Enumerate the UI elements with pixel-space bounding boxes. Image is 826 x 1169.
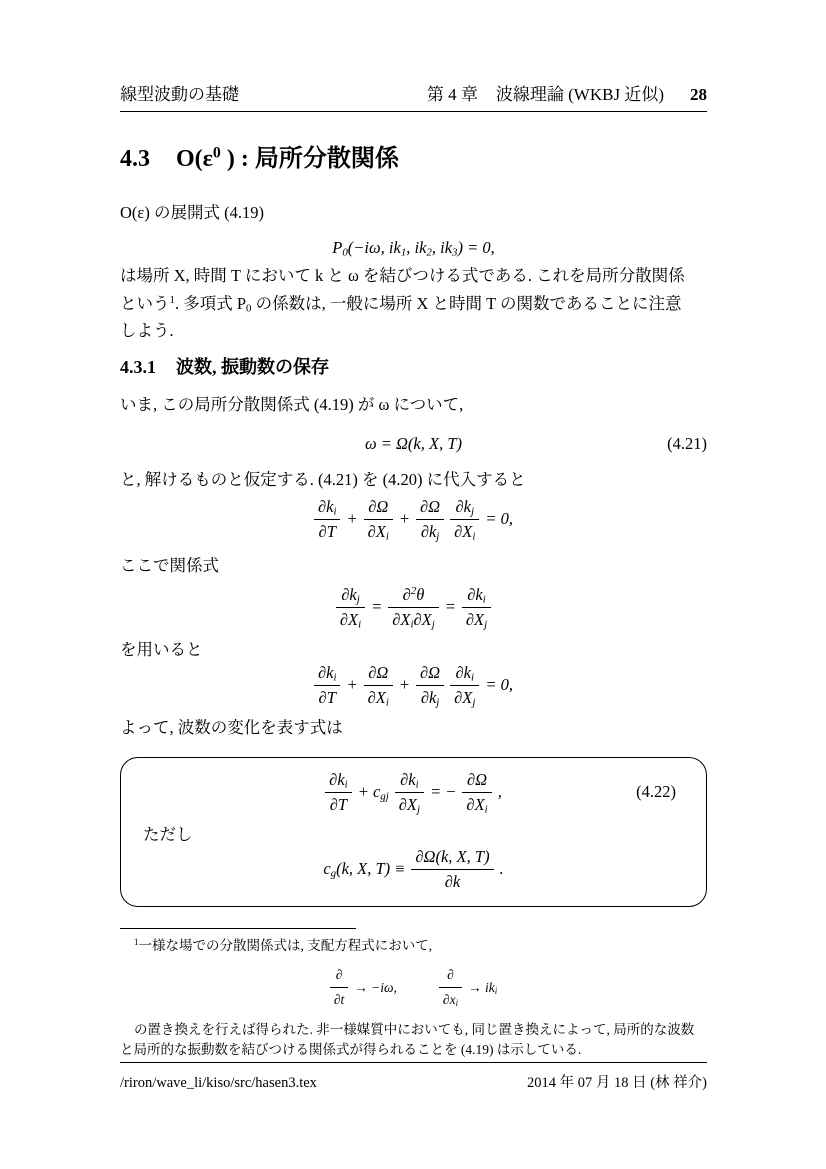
operator: + cgj: [358, 782, 389, 802]
punctuation: .: [500, 859, 504, 879]
fraction: ∂Ω∂kj: [416, 497, 444, 542]
fraction-numerator: ∂Ω: [364, 497, 393, 520]
fraction: ∂2θ∂Xi∂Xj: [388, 585, 439, 630]
section-title: O(ε0 ) : 局所分散関係: [176, 146, 399, 172]
fraction: ∂ki∂Xj: [395, 770, 424, 815]
paragraph-intro: O(ε) の展開式 (4.19): [120, 201, 707, 224]
fraction-denominator: ∂Xj: [462, 608, 491, 630]
fraction-denominator: ∂xi: [439, 988, 462, 1010]
equation-421-body: ω = Ω(k, X, T): [365, 434, 462, 454]
equation-wavenumber-c: ∂ki∂T + ∂Ω∂Xi + ∂Ω∂kj ∂ki∂Xj = 0,: [120, 663, 707, 708]
operator: +: [346, 675, 357, 695]
fraction-denominator: ∂Xi: [450, 520, 479, 542]
equation-number-422: (4.22): [636, 782, 676, 802]
tadashi-label: ただし: [143, 821, 690, 845]
fraction-numerator: ∂2θ: [388, 585, 439, 608]
operator: +: [399, 509, 410, 529]
fraction-numerator: ∂Ω: [462, 770, 491, 793]
operator: =: [445, 597, 456, 617]
equation-wavenumber-a: ∂ki∂T + ∂Ω∂Xi + ∂Ω∂kj ∂kj∂Xi = 0,: [120, 497, 707, 542]
footnote-line: と局所的な振動数を結びつける関係式が得られることを (4.19) は示している.: [120, 1040, 707, 1060]
fraction-numerator: ∂Ω(k, X, T): [411, 847, 493, 870]
page-content: 線型波動の基礎 第 4 章 波線理論 (WKBJ 近似) 28 4.3O(ε0 …: [0, 0, 826, 907]
equation-number-421: (4.21): [667, 434, 707, 454]
page-number: 28: [690, 85, 707, 105]
equation-symmetry: ∂kj∂Xi = ∂2θ∂Xi∂Xj = ∂ki∂Xj: [120, 585, 707, 630]
subsection-number: 4.3.1: [120, 357, 156, 377]
running-head-right: 第 4 章 波線理論 (WKBJ 近似) 28: [427, 80, 707, 105]
equation-421-row: ω = Ω(k, X, T) (4.21): [120, 434, 707, 454]
chapter-label: 第 4 章: [427, 80, 478, 105]
equation-422-row: ∂ki∂T + cgj ∂ki∂Xj = − ∂Ω∂Xi , (4.22): [137, 770, 690, 815]
paragraph-therefore: よって, 波数の変化を表す式は: [120, 716, 707, 739]
equation-p0: P0(−iω, ik1, ik2, ik3) = 0,: [120, 238, 707, 258]
fraction-numerator: ∂ki: [314, 497, 341, 520]
fraction-denominator: ∂Xi: [336, 608, 365, 630]
operator: =: [371, 597, 382, 617]
paragraph-ima: いま, この局所分散関係式 (4.19) が ω について,: [120, 393, 707, 416]
fraction: ∂Ω∂kj: [416, 663, 444, 708]
section-number: 4.3: [120, 146, 150, 172]
arrow-expression: → iki: [468, 978, 497, 998]
fraction-numerator: ∂ki: [314, 663, 341, 686]
fraction-numerator: ∂Ω: [416, 497, 444, 520]
fraction: ∂∂t: [330, 965, 348, 1010]
fraction-numerator: ∂ki: [450, 663, 479, 686]
footnote: 1一様な場での分散関係式は, 支配方程式において, ∂∂t → −iω, ∂∂x…: [120, 928, 707, 1060]
subsection-heading: 4.3.1波数, 振動数の保存: [120, 355, 707, 379]
operator: +: [399, 675, 410, 695]
fraction-numerator: ∂kj: [336, 585, 365, 608]
fraction-numerator: ∂ki: [325, 770, 352, 793]
equation-p0-body: P0(−iω, ik1, ik2, ik3) = 0,: [332, 238, 494, 258]
fraction-denominator: ∂Xi: [462, 793, 491, 815]
operator: +: [346, 509, 357, 529]
fraction-denominator: ∂Xi: [364, 686, 393, 708]
paragraph-substitute: と, 解けるものと仮定する. (4.21) を (4.20) に代入すると: [120, 468, 707, 491]
document-page: 線型波動の基礎 第 4 章 波線理論 (WKBJ 近似) 28 4.3O(ε0 …: [0, 0, 826, 1169]
fraction-numerator: ∂Ω: [416, 663, 444, 686]
subsection-title: 波数, 振動数の保存: [176, 357, 329, 377]
paragraph-use: を用いると: [120, 638, 707, 661]
fraction: ∂Ω∂Xi: [364, 497, 393, 542]
fraction-numerator: ∂kj: [450, 497, 479, 520]
equation-rhs: = 0,: [485, 509, 513, 529]
fraction: ∂∂xi: [439, 965, 462, 1010]
fraction: ∂ki∂T: [314, 497, 341, 542]
footer-date: 2014 年 07 月 18 日 (林 祥介): [527, 1071, 707, 1092]
equation-421: ω = Ω(k, X, T): [120, 434, 707, 454]
fraction: ∂Ω∂Xi: [364, 663, 393, 708]
fraction: ∂kj∂Xi: [336, 585, 365, 630]
fraction: ∂kj∂Xi: [450, 497, 479, 542]
fraction: ∂ki∂T: [314, 663, 341, 708]
fraction-numerator: ∂: [330, 965, 348, 988]
equation-422: ∂ki∂T + cgj ∂ki∂Xj = − ∂Ω∂Xi ,: [137, 770, 690, 815]
footnote-equation: ∂∂t → −iω, ∂∂xi → iki: [120, 965, 707, 1010]
equation-rhs: = 0,: [485, 675, 513, 695]
fraction-denominator: ∂Xj: [450, 686, 479, 708]
operator: = −: [430, 782, 456, 802]
fraction-denominator: ∂T: [325, 793, 352, 815]
fraction: ∂Ω(k, X, T)∂k: [411, 847, 493, 892]
paragraph-line: は場所 X, 時間 T において k と ω を結びつける式である. これを局所…: [120, 262, 707, 290]
chapter-title: 波線理論 (WKBJ 近似): [496, 80, 664, 105]
fraction-denominator: ∂Xi∂Xj: [388, 608, 439, 630]
fraction: ∂ki∂Xj: [450, 663, 479, 708]
fraction: ∂ki∂T: [325, 770, 352, 815]
page-footer: /riron/wave_li/kiso/src/hasen3.tex 2014 …: [120, 1062, 707, 1092]
fraction-denominator: ∂T: [314, 686, 341, 708]
fraction-numerator: ∂ki: [462, 585, 491, 608]
footnote-line: の置き換えを行えば得られた. 非一様媒質中においても, 同じ置き換えによって, …: [120, 1020, 707, 1040]
fraction-denominator: ∂kj: [416, 520, 444, 542]
fraction-numerator: ∂ki: [395, 770, 424, 793]
punctuation: ,: [498, 782, 502, 802]
equation-group-velocity: cg(k, X, T) ≡ ∂Ω(k, X, T)∂k .: [137, 847, 690, 892]
fraction-denominator: ∂Xi: [364, 520, 393, 542]
paragraph-line: という1. 多項式 P0 の係数は, 一般に場所 X と時間 T の関数であるこ…: [120, 290, 707, 318]
fraction-numerator: ∂Ω: [364, 663, 393, 686]
source-file-path: /riron/wave_li/kiso/src/hasen3.tex: [120, 1075, 317, 1092]
footnote-line: 1一様な場での分散関係式は, 支配方程式において,: [120, 936, 707, 956]
equation-lhs: cg(k, X, T) ≡: [323, 859, 405, 879]
fraction-denominator: ∂T: [314, 520, 341, 542]
result-box: ∂ki∂T + cgj ∂ki∂Xj = − ∂Ω∂Xi , (4.22) ただ…: [120, 757, 707, 907]
section-heading: 4.3O(ε0 ) : 局所分散関係: [120, 144, 707, 174]
fraction-denominator: ∂k: [411, 870, 493, 892]
fraction-numerator: ∂: [439, 965, 462, 988]
fraction: ∂ki∂Xj: [462, 585, 491, 630]
running-head-left: 線型波動の基礎: [120, 80, 239, 105]
fraction-denominator: ∂t: [330, 988, 348, 1010]
page-header: 線型波動の基礎 第 4 章 波線理論 (WKBJ 近似) 28: [120, 80, 707, 112]
fraction-denominator: ∂kj: [416, 686, 444, 708]
arrow-expression: → −iω,: [354, 978, 397, 998]
paragraph-line: しよう.: [120, 317, 707, 345]
fraction: ∂Ω∂Xi: [462, 770, 491, 815]
paragraph-dispersion: は場所 X, 時間 T において k と ω を結びつける式である. これを局所…: [120, 262, 707, 345]
footnote-rule: [120, 928, 356, 929]
paragraph-relation: ここで関係式: [120, 554, 707, 577]
fraction-denominator: ∂Xj: [395, 793, 424, 815]
